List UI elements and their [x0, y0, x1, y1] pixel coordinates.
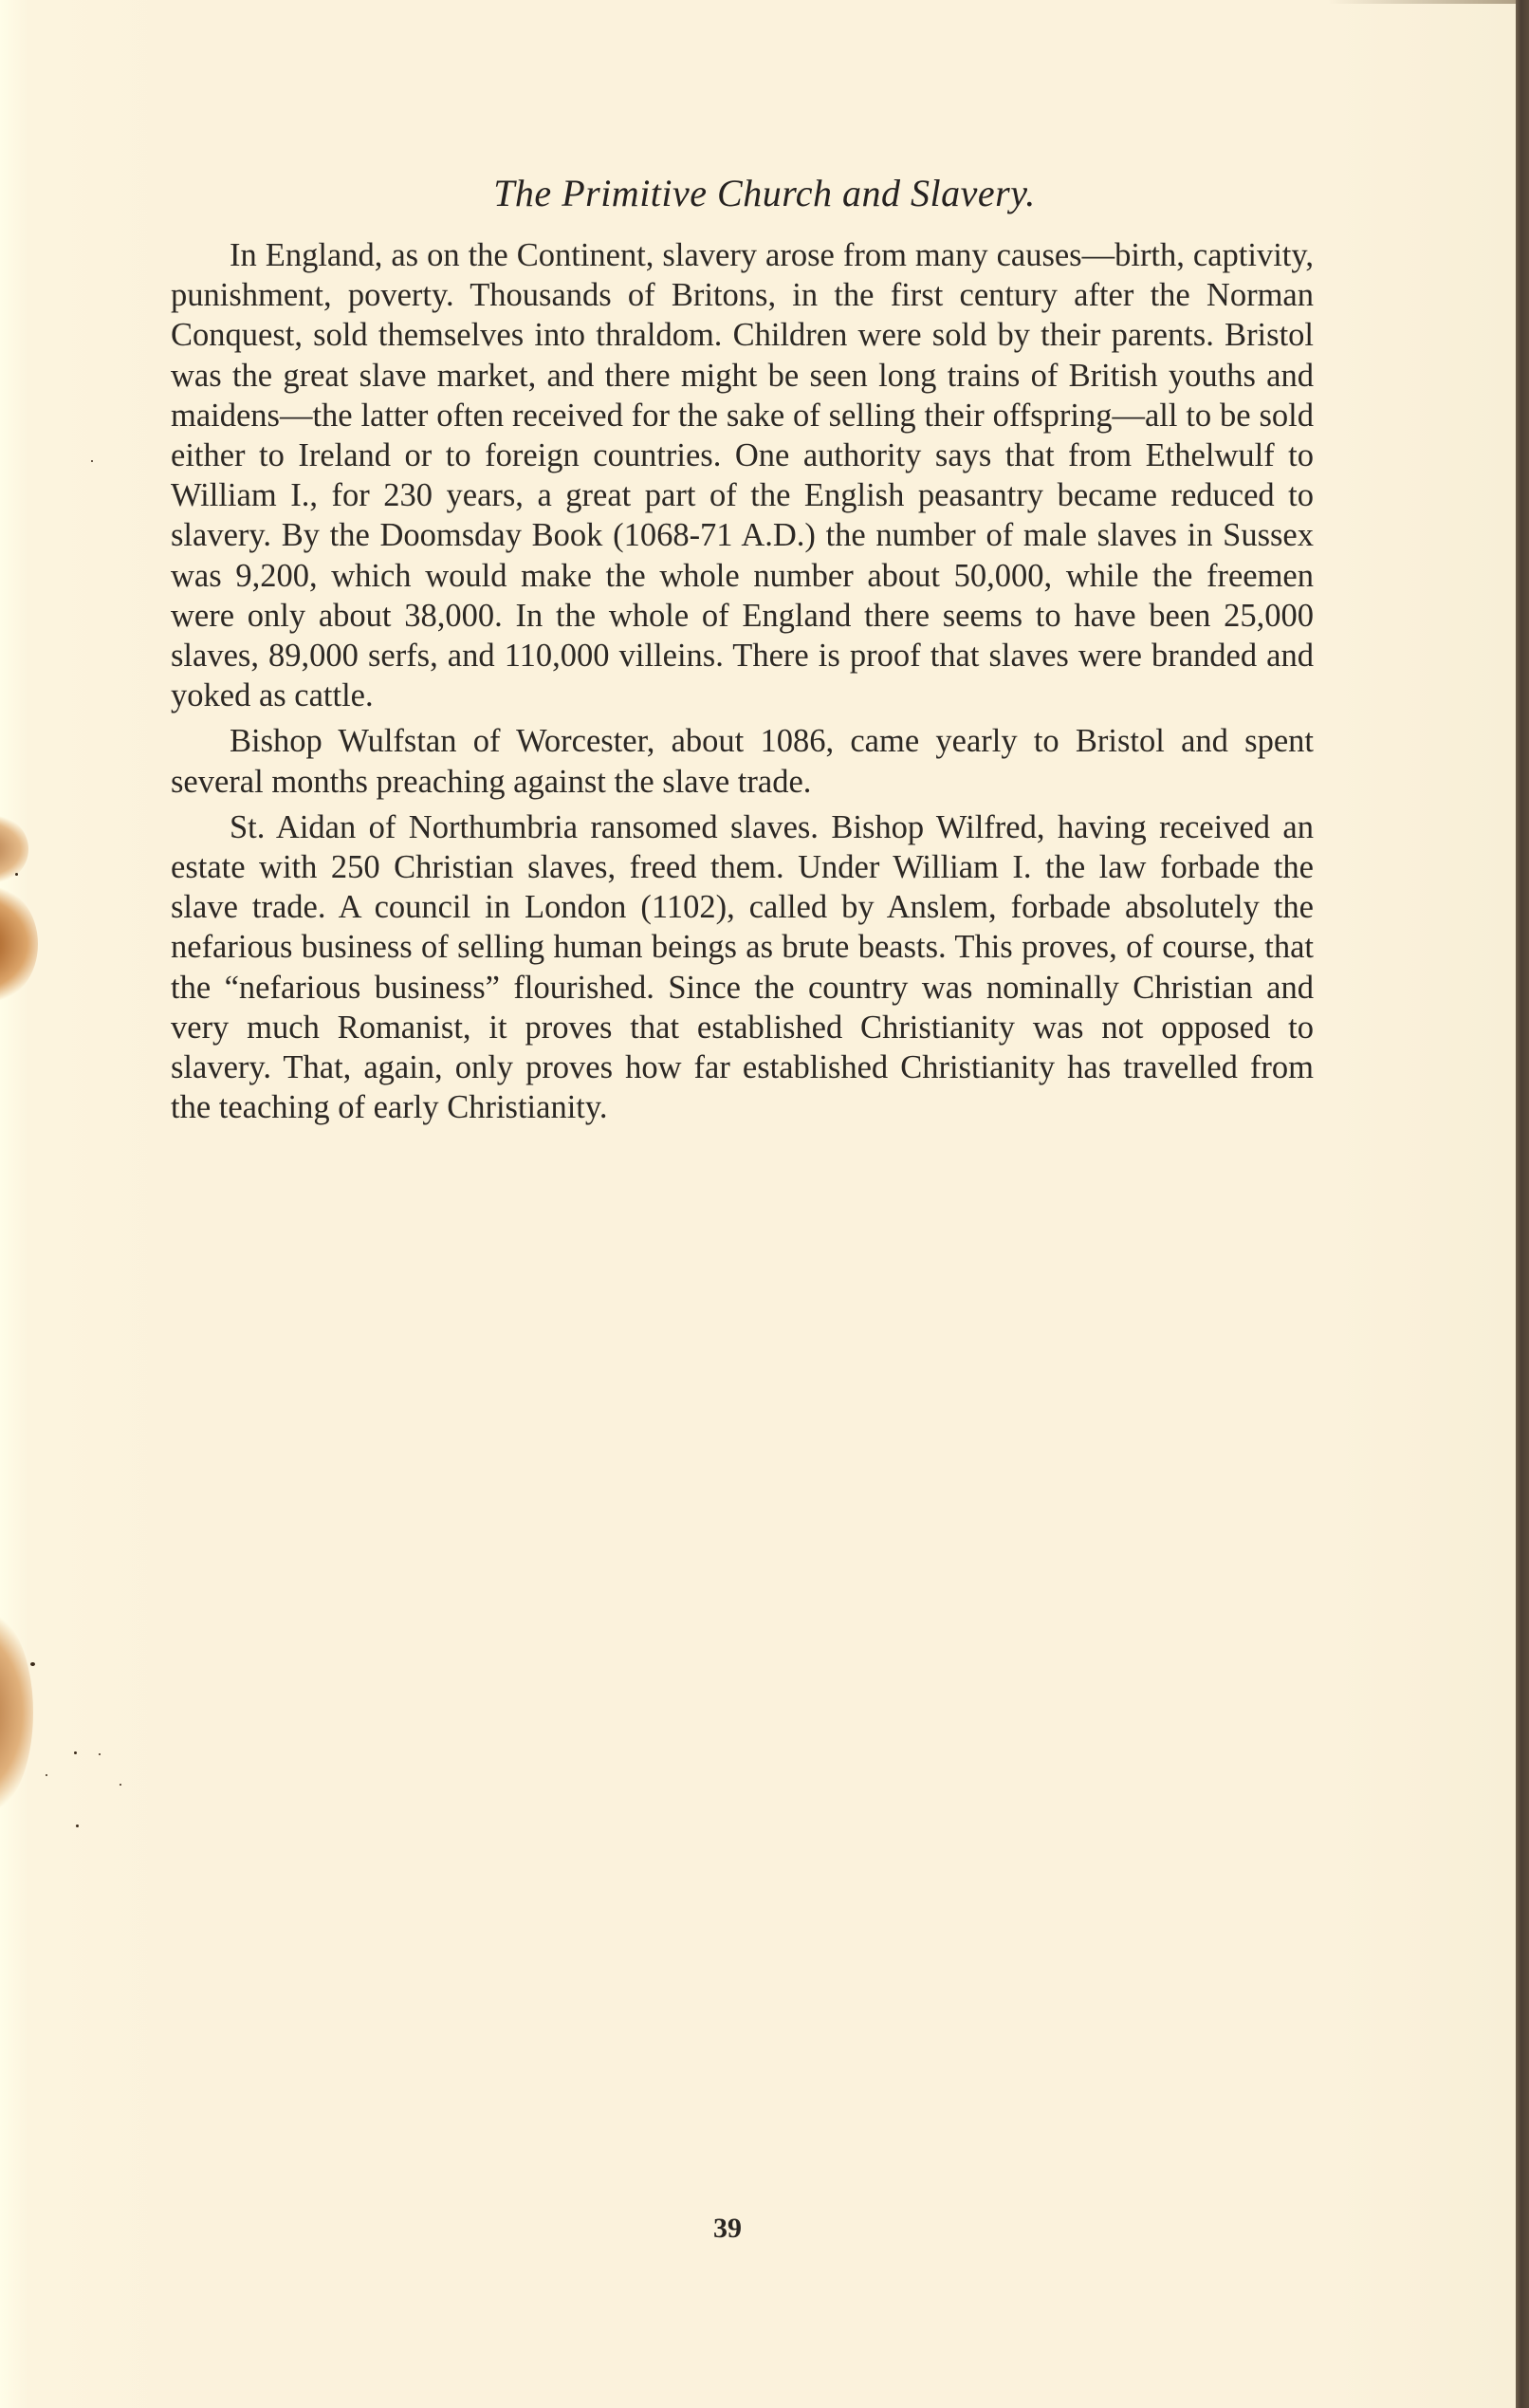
rust-stain [0, 1613, 33, 1812]
paragraph-england-slavery: In England, as on the Continent, slavery… [171, 235, 1314, 715]
page-number: 39 [713, 2213, 742, 2245]
book-page: The Primitive Church and Slavery. In Eng… [0, 0, 1529, 2408]
rust-stain [0, 816, 28, 882]
rust-stain [0, 887, 38, 1001]
ink-speck [91, 460, 93, 462]
body-text: In England, as on the Continent, slavery… [171, 235, 1314, 1133]
ink-speck [99, 1753, 101, 1755]
ink-speck [74, 1751, 77, 1754]
paragraph-bishop-wulfstan: Bishop Wulfstan of Worcester, about 1086… [171, 721, 1314, 801]
page-top-edge-shadow [1328, 0, 1529, 4]
ink-speck [15, 873, 18, 876]
ink-speck [46, 1774, 47, 1776]
ink-speck [120, 1784, 121, 1786]
page-title: The Primitive Church and Slavery. [0, 171, 1529, 215]
paragraph-st-aidan: St. Aidan of Northumbria ransomed slaves… [171, 807, 1314, 1128]
binding-edge [1516, 0, 1529, 2408]
ink-speck [76, 1825, 79, 1827]
ink-speck [30, 1662, 35, 1666]
